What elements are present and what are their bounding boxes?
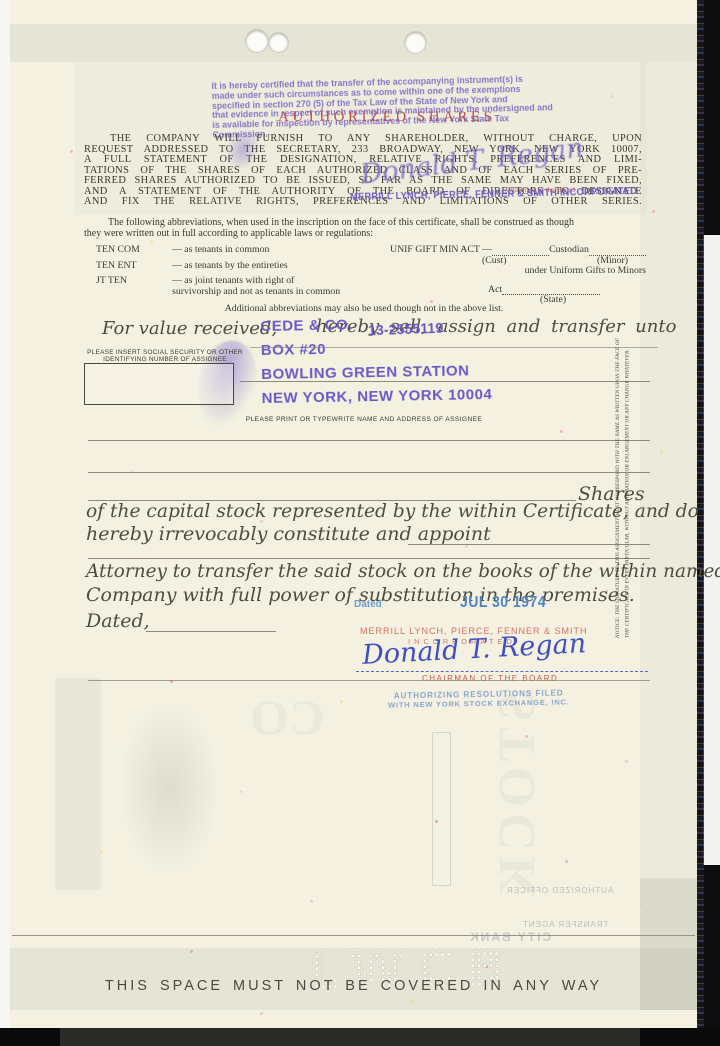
bottom-hairline — [12, 935, 695, 936]
unif-row-act: Act — [390, 285, 646, 296]
dated-stamp-label: Dated — [354, 599, 382, 610]
fill-line — [88, 440, 650, 441]
value-received-script: For value received, — [102, 318, 277, 339]
scanned-certificate-back: CO STOCK AUTHORIZED OFFICER TRANSFER AGE… — [0, 0, 720, 1046]
scan-left-margin — [0, 0, 10, 1046]
certificate-paper: CO STOCK AUTHORIZED OFFICER TRANSFER AGE… — [10, 0, 697, 1028]
ssn-instruction: PLEASE INSERT SOCIAL SECURITY OR OTHER I… — [84, 349, 246, 363]
dated-script: Dated, — [86, 610, 150, 632]
abbr-definition: — as joint tenants with right of survivo… — [172, 276, 344, 297]
dotted-leader — [492, 246, 549, 256]
section-divider-line — [88, 680, 650, 681]
punch-hole-2 — [269, 33, 288, 52]
ghost-co-letters: CO — [250, 688, 325, 746]
unif-act: Act — [488, 285, 502, 296]
ssn-entry-box — [84, 363, 234, 405]
abbr-definition: — as tenants in common — [172, 245, 269, 256]
ghost-transfer-agent: TRANSFER AGENT — [522, 920, 608, 929]
fill-line — [88, 472, 650, 473]
abbr-definition: — as tenants by the entireties — [172, 261, 288, 272]
capital-stock-line2: hereby irrevocably constitute and appoin… — [86, 523, 491, 545]
fill-line — [88, 558, 650, 559]
side-notice-text: NOTICE: THE SIGNATURE TO THIS ASSIGNMENT… — [614, 328, 644, 638]
scan-bottom-edge — [0, 1028, 720, 1046]
paper-speckles — [10, 0, 13, 3]
ssn-instruction-line1: PLEASE INSERT SOCIAL SECURITY OR OTHER — [84, 349, 246, 356]
cede-line2: BOX #20 — [261, 338, 492, 359]
abbr-row: TEN COM — as tenants in common — [96, 245, 376, 256]
abbreviations-footnote: Additional abbreviations may also be use… — [84, 303, 644, 314]
assignee-note: PLEASE PRINT OR TYPEWRITE NAME AND ADDRE… — [84, 416, 644, 423]
cede-line3: BOWLING GREEN STATION — [261, 362, 492, 383]
cede-line4: NEW YORK, NEW YORK 10004 — [261, 386, 492, 407]
date-stamp-value: JUL 30 1974 — [460, 594, 546, 612]
abbr-intro-line2: they were written out in full according … — [84, 228, 644, 239]
abbr-intro-line1: The following abbreviations, when used i… — [84, 217, 644, 228]
abbr-code: TEN ENT — [96, 261, 172, 272]
tint-band-top — [10, 24, 697, 62]
ghost-left-bar — [55, 678, 101, 890]
signature-line — [356, 671, 648, 672]
ghost-medallion — [118, 700, 220, 876]
scan-edge-noise — [696, 0, 704, 1046]
unif-custodian: Custodian — [549, 245, 589, 256]
abbr-code: TEN COM — [96, 245, 172, 256]
unif-gift-block: UNIF GIFT MIN ACT — Custodian (Cust) (Mi… — [390, 245, 646, 306]
unif-label: UNIF GIFT MIN ACT — — [390, 245, 492, 256]
tax-certification-stamp: It is hereby certified that the transfer… — [211, 72, 648, 141]
dated-fill-line — [146, 631, 276, 632]
authorizing-stamp: AUTHORIZING RESOLUTIONS FILED WITH NEW Y… — [388, 688, 570, 709]
tax-id-stamp: 13-2555119 — [368, 320, 444, 340]
unif-cust: (Cust) — [482, 256, 507, 267]
punch-hole-1 — [246, 30, 268, 52]
dotted-leader — [589, 246, 646, 256]
unif-row-under: under Uniform Gifts to Minors — [390, 266, 646, 277]
abbreviation-list: TEN COM — as tenants in common TEN ENT —… — [96, 245, 376, 297]
authorized-shares-label: AUTHORIZED SHARES — [278, 109, 495, 126]
abbr-code: JT TEN — [96, 276, 172, 297]
fill-line — [240, 381, 650, 382]
punch-hole-3 — [405, 32, 426, 53]
footer-warning-text: THIS SPACE MUST NOT BE COVERED IN ANY WA… — [10, 978, 697, 994]
ghost-authorized-officer: AUTHORIZED OFFICER — [506, 886, 613, 895]
tint-band-right — [640, 62, 697, 1010]
unif-row-custodian: UNIF GIFT MIN ACT — Custodian — [390, 245, 646, 256]
abbreviations-intro: The following abbreviations, when used i… — [84, 217, 644, 239]
fill-line — [250, 347, 658, 348]
capital-stock-line1: of the capital stock represented by the … — [86, 500, 699, 522]
ghost-cusip-box — [432, 732, 451, 886]
abbr-row: JT TEN — as joint tenants with right of … — [96, 276, 376, 297]
scan-right-margin — [703, 235, 720, 865]
ssn-instruction-line2: IDENTIFYING NUMBER OF ASSIGNEE — [84, 356, 246, 363]
abbr-row: TEN ENT — as tenants by the entireties — [96, 261, 376, 272]
chairman-title: CHAIRMAN OF THE BOARD — [422, 674, 558, 683]
